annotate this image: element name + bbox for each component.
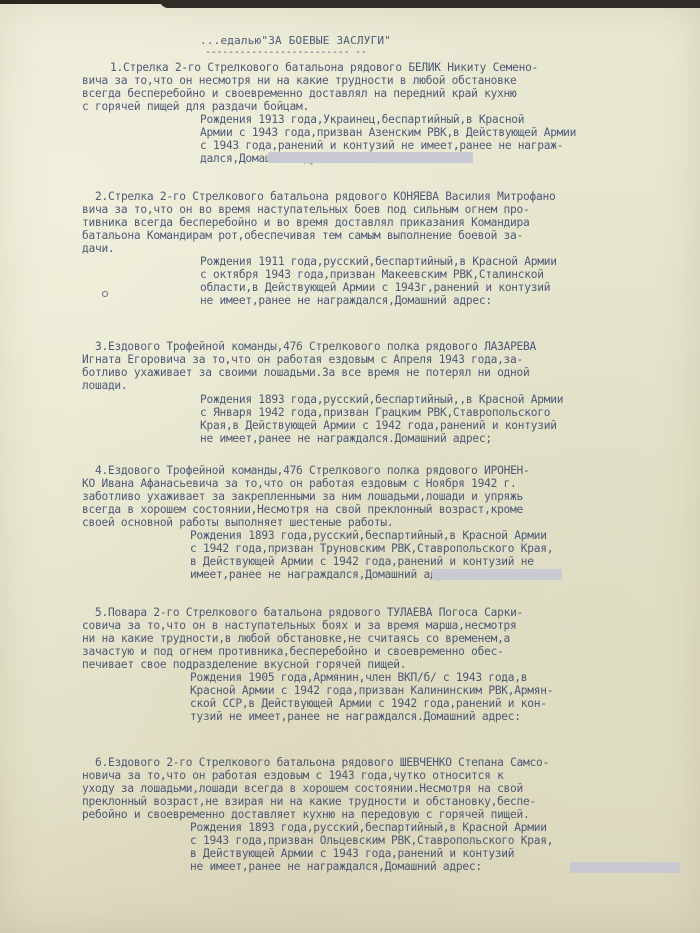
entry-line: уходу за лошадьми,лошади всегда в хороше… (82, 782, 523, 795)
entry-line: 6.Ездового 2-го Стрелкового батальона ря… (95, 756, 549, 769)
entry-line: печивает свое подразделение вкусной горя… (82, 658, 406, 671)
entry-line: 1.Стрелка 2-го Стрелкового батальона ряд… (110, 61, 538, 74)
bio-line: Красной Армии с 1942 года,призван Калини… (190, 684, 553, 697)
bio-line: с 1943 года,ранений и контузий не имеет,… (200, 139, 563, 152)
bio-line: Рождения 1893 года,русский,беспартийный,… (190, 821, 547, 834)
redacted-address (432, 569, 562, 580)
bio-line: имеет,ранее не награждался,Домашний адре… (190, 568, 462, 581)
bio-line: Рождения 1893 года,русский,беспартийный,… (190, 529, 547, 542)
bio-line: Рождения 1911 года,русский,беспартийный,… (200, 255, 557, 268)
redacted-address (570, 862, 680, 873)
entry-line: 5.Повара 2-го Стрелкового батальона рядо… (95, 606, 523, 619)
entry-line: новича за то,что он работая ездовым с 19… (82, 769, 504, 782)
entry-line: с горячей пищей для раздачи бойцам. (82, 100, 309, 113)
entry-line: зачастую и под огнем противника,беспереб… (82, 645, 504, 658)
entry-line: ботливо ухаживает за своими лошадьми.За … (82, 366, 530, 379)
punch-hole-mark (102, 291, 108, 297)
header-rule: ------------------------- -- (205, 46, 367, 59)
entry-line: всегда бесперебойно и своевременно доста… (82, 87, 517, 100)
bio-line: с 1943 года,призван Ольцевским РВК,Ставр… (190, 834, 553, 847)
bio-line: области,в Действующей Армии с 1943г,ране… (200, 281, 550, 294)
bio-line: не имеет,ранее не награждался,Домашний а… (190, 860, 482, 873)
redacted-address (268, 152, 473, 163)
bio-line: Армии с 1943 года,призван Азенским РВК,в… (200, 126, 576, 139)
entry-line: своей основной работы выполняет шестеные… (82, 516, 393, 529)
entry-line: совича за то,что он в наступательных боя… (82, 619, 517, 632)
bio-line: не имеет,ранее не награждался,Домашний а… (200, 294, 492, 307)
entry-line: вича за то,что он во время наступательны… (82, 203, 530, 216)
entry-line: Игната Егоровича за то,что он работая ез… (82, 353, 523, 366)
page-edge-shadow (160, 0, 700, 8)
entry-line: заботливо ухаживает за закрепленными за … (82, 490, 523, 503)
entry-line: преклонный возраст,не взирая ни на какие… (82, 795, 536, 808)
entry-line: 4.Ездового Трофейной команды,476 Стрелко… (95, 464, 530, 477)
bio-line: Рождения 1893 года,русский,беспартийный,… (200, 393, 563, 406)
bio-line: не имеет,ранее не награждался.Домашний а… (200, 432, 492, 445)
bio-line: Края,в Действующей Армии с 1942 года,ран… (200, 419, 557, 432)
entry-line: дачи. (82, 242, 114, 255)
entry-line: ребойно и своевременно доставляет кухню … (82, 808, 530, 821)
entry-line: ни на какие трудности,в любой обстановке… (82, 632, 510, 645)
entry-line: всегда в хорошем состоянии,Несмотря на с… (82, 503, 523, 516)
entry-line: лошади. (82, 379, 127, 392)
entry-line: КО Ивана Афанасьевича за то,что он работ… (82, 477, 517, 490)
bio-line: ской ССР,в Действующей Армии с 1942 года… (190, 697, 547, 710)
entry-line: вича за то,что он несмотря ни на какие т… (82, 74, 517, 87)
bio-line: в Действующей Армии с 1943 года,ранений … (190, 847, 514, 860)
bio-line: с Января 1942 года,призван Грацким РВК,С… (200, 406, 550, 419)
bio-line: с 1942 года,призван Труновским РВК,Ставр… (190, 542, 553, 555)
entry-line: 2.Стрелка 2-го Стрелкового батальона ряд… (95, 190, 555, 203)
bio-line: тузий не имеет,ранее не награждался.Дома… (190, 710, 521, 723)
entry-line: тивника всегда бесперебойно и во время д… (82, 216, 530, 229)
bio-line: в Действующей Армии с 1942 года,ранений … (190, 555, 534, 568)
bio-line: с октября 1943 года,призван Макеевским Р… (200, 268, 544, 281)
bio-line: Рождения 1913 года,Украинец,беспартийный… (200, 113, 524, 126)
bio-line: Рождения 1905 года,Армянин,член ВКП/б/ с… (190, 671, 527, 684)
entry-line: батальона Командирам рот,обеспечивая тем… (82, 229, 523, 242)
entry-line: 3.Ездового Трофейной команды,476 Стрелко… (95, 340, 536, 353)
